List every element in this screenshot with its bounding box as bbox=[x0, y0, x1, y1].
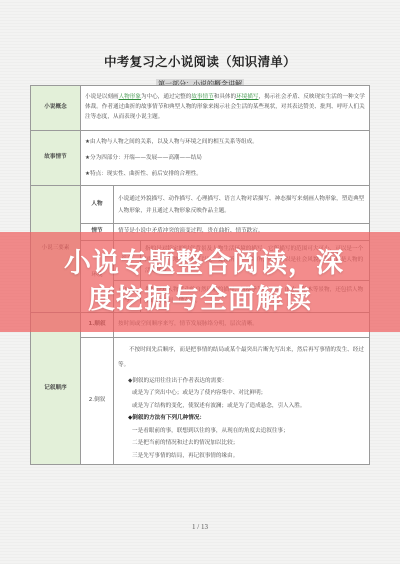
flashback-text-cell: 不按时间先后顺序，而是把事情的结局或某个最突出片断先写出来，然后再写事情的发生、… bbox=[114, 337, 370, 465]
plot-line: ★由人物与人物之间的关系，以及人物与环境之间的相互关系等组成。 bbox=[85, 134, 365, 150]
concept-text-cell: 小说是以刻画人物形象为中心，通过完整的故事情节和具体的环境描写，揭示社会矛盾、反… bbox=[81, 86, 370, 131]
banner-title-line-2: 度挖掘与全面解读 bbox=[88, 282, 312, 318]
highlight-environment: 环境描写 bbox=[236, 94, 258, 100]
concept-text: 为中心，通过完整的 bbox=[141, 94, 191, 100]
flashback-purpose: 或是为了突出中心；或是为了使内容集中、对比鲜明； bbox=[118, 387, 365, 400]
document-title: 中考复习之小说阅读（知识清单） bbox=[0, 52, 400, 70]
plot-line: ★特点：现实性、曲折性、前后安排的合理性。 bbox=[85, 166, 365, 182]
flashback-method: 一是看眼前的事，联想到以往的事，从现在的角度去追叙往事； bbox=[118, 425, 365, 438]
table-row-concept: 小说概念 小说是以刻画人物形象为中心，通过完整的故事情节和具体的环境描写，揭示社… bbox=[31, 86, 370, 131]
highlight-story-plot: 故事情节 bbox=[191, 94, 213, 100]
flashback-method: 三是先写事情的结局，再记叙事情的缘由。 bbox=[118, 450, 365, 463]
subcategory-cell-character: 人物 bbox=[81, 186, 114, 224]
flashback-purpose-heading: ◆倒叙的运用往往出于作者表达的需要： bbox=[118, 375, 365, 388]
flashback-method: 二是把当前的情况和过去的情况加以比较； bbox=[118, 437, 365, 450]
concept-text: 和具体的 bbox=[214, 94, 236, 100]
flashback-definition: 不按时间先后顺序，而是把事情的结局或某个最突出片断先写出来，然后再写事情的发生、… bbox=[118, 343, 365, 373]
document-page: 中考复习之小说阅读（知识清单） 第一部分：小说的概念讲解 小说概念 小说是以刻画… bbox=[0, 0, 400, 564]
plot-line: ★分为四部分：开端——发展——高潮——结局 bbox=[85, 150, 365, 166]
table-row-character: 小说三要素 人物 小说通过外貌描写、动作描写、心理描写、语言人物对话描写、神态描… bbox=[31, 186, 370, 224]
character-text-cell: 小说通过外貌描写、动作描写、心理描写、语言人物对话描写、神态描写来刻画人物形象，… bbox=[114, 186, 370, 224]
flashback-methods-heading: ◆倒叙的方法有下列几种情况： bbox=[118, 412, 365, 425]
table-row-plot: 故事情节 ★由人物与人物之间的关系，以及人物与环境之间的相互关系等组成。 ★分为… bbox=[31, 131, 370, 186]
subcategory-cell-flashback: 2.倒叙 bbox=[81, 337, 114, 465]
banner-title-line-1: 小说专题整合阅读，深 bbox=[64, 246, 344, 282]
table-row-flashback: 2.倒叙 不按时间先后顺序，而是把事情的结局或某个最突出片断先写出来，然后再写事… bbox=[31, 337, 370, 465]
highlight-character-image: 人物形象 bbox=[119, 94, 141, 100]
flashback-purpose: 或是为了结构的变化，使叙述有波澜；或是为了造成悬念，引人入胜。 bbox=[118, 400, 365, 413]
concept-text: 小说是以刻画 bbox=[85, 94, 119, 100]
title-banner-overlay: 小说专题整合阅读，深 度挖掘与全面解读 bbox=[0, 232, 400, 332]
category-cell-plot: 故事情节 bbox=[31, 131, 81, 186]
plot-text-cell: ★由人物与人物之间的关系，以及人物与环境之间的相互关系等组成。 ★分为四部分：开… bbox=[81, 131, 370, 186]
page-indicator: 1 / 13 bbox=[0, 523, 400, 531]
category-cell-narration: 记叙顺序 bbox=[31, 312, 81, 465]
category-cell-concept: 小说概念 bbox=[31, 86, 81, 131]
